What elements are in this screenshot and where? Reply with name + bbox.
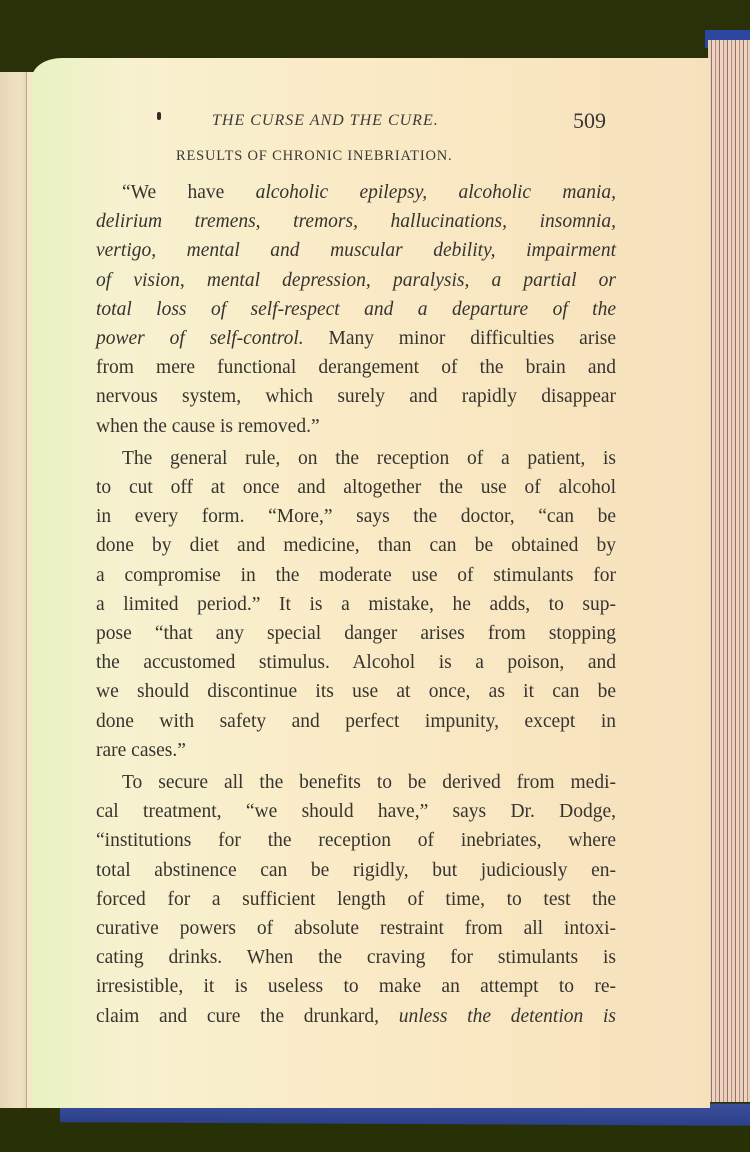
text-run: To secure all the benefits to be derived…: [122, 772, 616, 793]
page-number: 509: [573, 108, 606, 134]
text-line: a limited period.” It is a mistake, he a…: [96, 590, 616, 619]
text-line: total loss of self-respect and a departu…: [96, 295, 616, 324]
text-run: Many minor difficulties arise: [304, 328, 616, 349]
text-run: we should discontinue its use at once, a…: [96, 681, 616, 702]
text-line: claim and cure the drunkard, unless the …: [96, 1002, 616, 1031]
text-run: curative powers of absolute restraint fr…: [96, 918, 616, 939]
text-run: from mere functional derangement of the …: [96, 357, 616, 378]
text-run: “We have: [122, 182, 256, 203]
text-line: from mere functional derangement of the …: [96, 353, 616, 382]
text-line: The general rule, on the reception of a …: [96, 444, 616, 473]
italic-text: power of self-control.: [96, 328, 304, 349]
text-run: The general rule, on the reception of a …: [122, 448, 616, 469]
text-line: curative powers of absolute restraint fr…: [96, 914, 616, 943]
text-line: nervous system, which surely and rapidly…: [96, 382, 616, 411]
paragraph: To secure all the benefits to be derived…: [96, 768, 616, 1031]
text-line: cal treatment, “we should have,” says Dr…: [96, 797, 616, 826]
text-run: when the cause is removed.”: [96, 416, 320, 437]
text-run: the accustomed stimulus. Alcohol is a po…: [96, 652, 616, 673]
text-line: cating drinks. When the craving for stim…: [96, 943, 616, 972]
text-run: done by diet and medicine, than can be o…: [96, 535, 616, 556]
text-line: To secure all the benefits to be derived…: [96, 768, 616, 797]
text-run: pose “that any special danger arises fro…: [96, 623, 616, 644]
text-run: in every form. “More,” says the doctor, …: [96, 506, 616, 527]
page-edges: [708, 40, 750, 1102]
text-run: irresistible, it is useless to make an a…: [96, 976, 616, 997]
text-line: done with safety and perfect impunity, e…: [96, 707, 616, 736]
text-run: done with safety and perfect impunity, e…: [96, 711, 616, 732]
text-run: claim and cure the drunkard,: [96, 1006, 399, 1027]
italic-text: unless the detention is: [399, 1006, 616, 1027]
running-head: THE CURSE AND THE CURE.: [212, 112, 439, 130]
text-run: nervous system, which surely and rapidly…: [96, 386, 616, 407]
text-line: when the cause is removed.”: [96, 412, 616, 441]
text-line: pose “that any special danger arises fro…: [96, 619, 616, 648]
italic-text: vertigo, mental and muscular debility, i…: [96, 240, 616, 261]
italic-text: total loss of self-respect and a departu…: [96, 299, 616, 320]
italic-text: alcoholic epilepsy, alcoholic mania,: [256, 182, 616, 203]
text-line: delirium tremens, tremors, hallucination…: [96, 207, 616, 236]
text-line: power of self-control. Many minor diffic…: [96, 324, 616, 353]
text-line: to cut off at once and altogether the us…: [96, 473, 616, 502]
text-run: cal treatment, “we should have,” says Dr…: [96, 801, 616, 822]
italic-text: delirium tremens, tremors, hallucination…: [96, 211, 616, 232]
text-line: of vision, mental depression, paralysis,…: [96, 266, 616, 295]
text-run: a compromise in the moderate use of stim…: [96, 565, 616, 586]
paragraph: The general rule, on the reception of a …: [96, 444, 616, 765]
text-run: cating drinks. When the craving for stim…: [96, 947, 616, 968]
text-line: forced for a sufficient length of time, …: [96, 885, 616, 914]
text-line: a compromise in the moderate use of stim…: [96, 561, 616, 590]
text-run: total abstinence can be rigidly, but jud…: [96, 860, 616, 881]
body-text: “We have alcoholic epilepsy, alcoholic m…: [96, 178, 616, 1031]
italic-text: of vision, mental depression, paralysis,…: [96, 270, 616, 291]
paragraph: “We have alcoholic epilepsy, alcoholic m…: [96, 178, 616, 441]
text-run: to cut off at once and altogether the us…: [96, 477, 616, 498]
text-line: irresistible, it is useless to make an a…: [96, 972, 616, 1001]
text-line: total abstinence can be rigidly, but jud…: [96, 856, 616, 885]
text-line: “We have alcoholic epilepsy, alcoholic m…: [96, 178, 616, 207]
text-line: “institutions for the reception of inebr…: [96, 826, 616, 855]
text-line: rare cases.”: [96, 736, 616, 765]
text-run: “institutions for the reception of inebr…: [96, 830, 616, 851]
text-line: vertigo, mental and muscular debility, i…: [96, 236, 616, 265]
text-run: a limited period.” It is a mistake, he a…: [96, 594, 616, 615]
text-line: in every form. “More,” says the doctor, …: [96, 502, 616, 531]
section-title: RESULTS OF CHRONIC INEBRIATION.: [176, 148, 452, 165]
text-line: we should discontinue its use at once, a…: [96, 677, 616, 706]
page-header: THE CURSE AND THE CURE. 509: [150, 108, 620, 138]
text-line: done by diet and medicine, than can be o…: [96, 531, 616, 560]
text-run: forced for a sufficient length of time, …: [96, 889, 616, 910]
text-run: rare cases.”: [96, 740, 186, 761]
text-line: the accustomed stimulus. Alcohol is a po…: [96, 648, 616, 677]
